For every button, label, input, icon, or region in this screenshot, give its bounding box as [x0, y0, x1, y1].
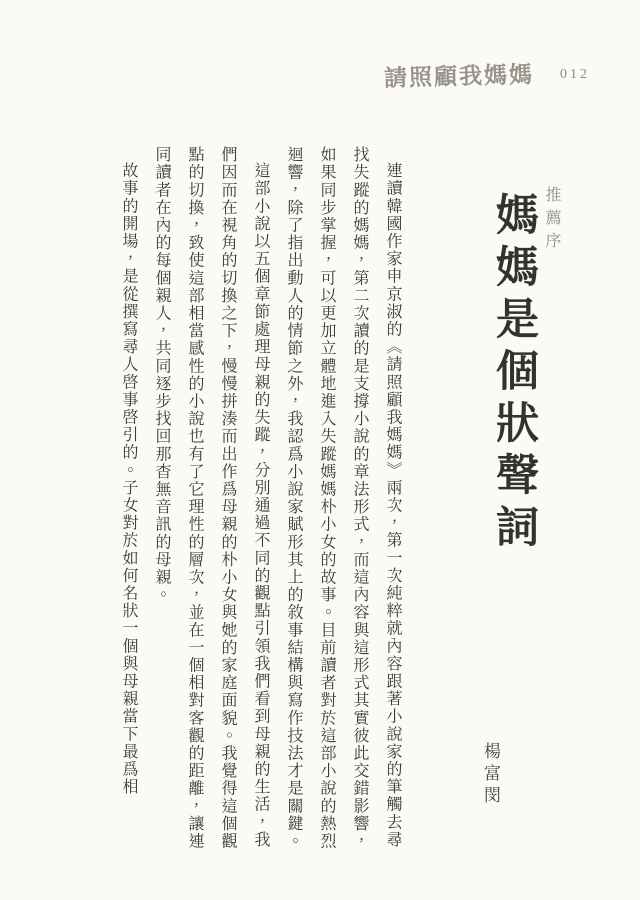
article-body: 連讀韓國作家申京淑的《請照顧我媽媽》兩次，第一次純粹就內容跟著小說家的筆觸去尋找… [75, 146, 409, 858]
page-number: 012 [560, 67, 590, 83]
author-name: 楊富閔 [478, 742, 503, 808]
book-page: 請照顧我媽媽 012 推薦序 媽媽是個狀聲詞 楊富閔 連讀韓國作家申京淑的《請照… [0, 0, 640, 900]
book-title: 請照顧我媽媽 [384, 56, 535, 93]
paragraph: 連讀韓國作家申京淑的《請照顧我媽媽》兩次，第一次純粹就內容跟著小說家的筆觸去尋找… [277, 146, 409, 858]
running-header: 請照顧我媽媽 012 [384, 58, 590, 91]
paragraph: 這部小說以五個章節處理母親的失蹤，分別通過不同的觀點引領我們看到母親的生活，我們… [145, 146, 277, 858]
paragraph: 故事的開場，是從撰寫尋人啓事啓引的。子女對於如何名狀一個與母親當下最爲相 [112, 146, 145, 858]
article-title: 媽媽是個狀聲詞 [483, 192, 544, 556]
